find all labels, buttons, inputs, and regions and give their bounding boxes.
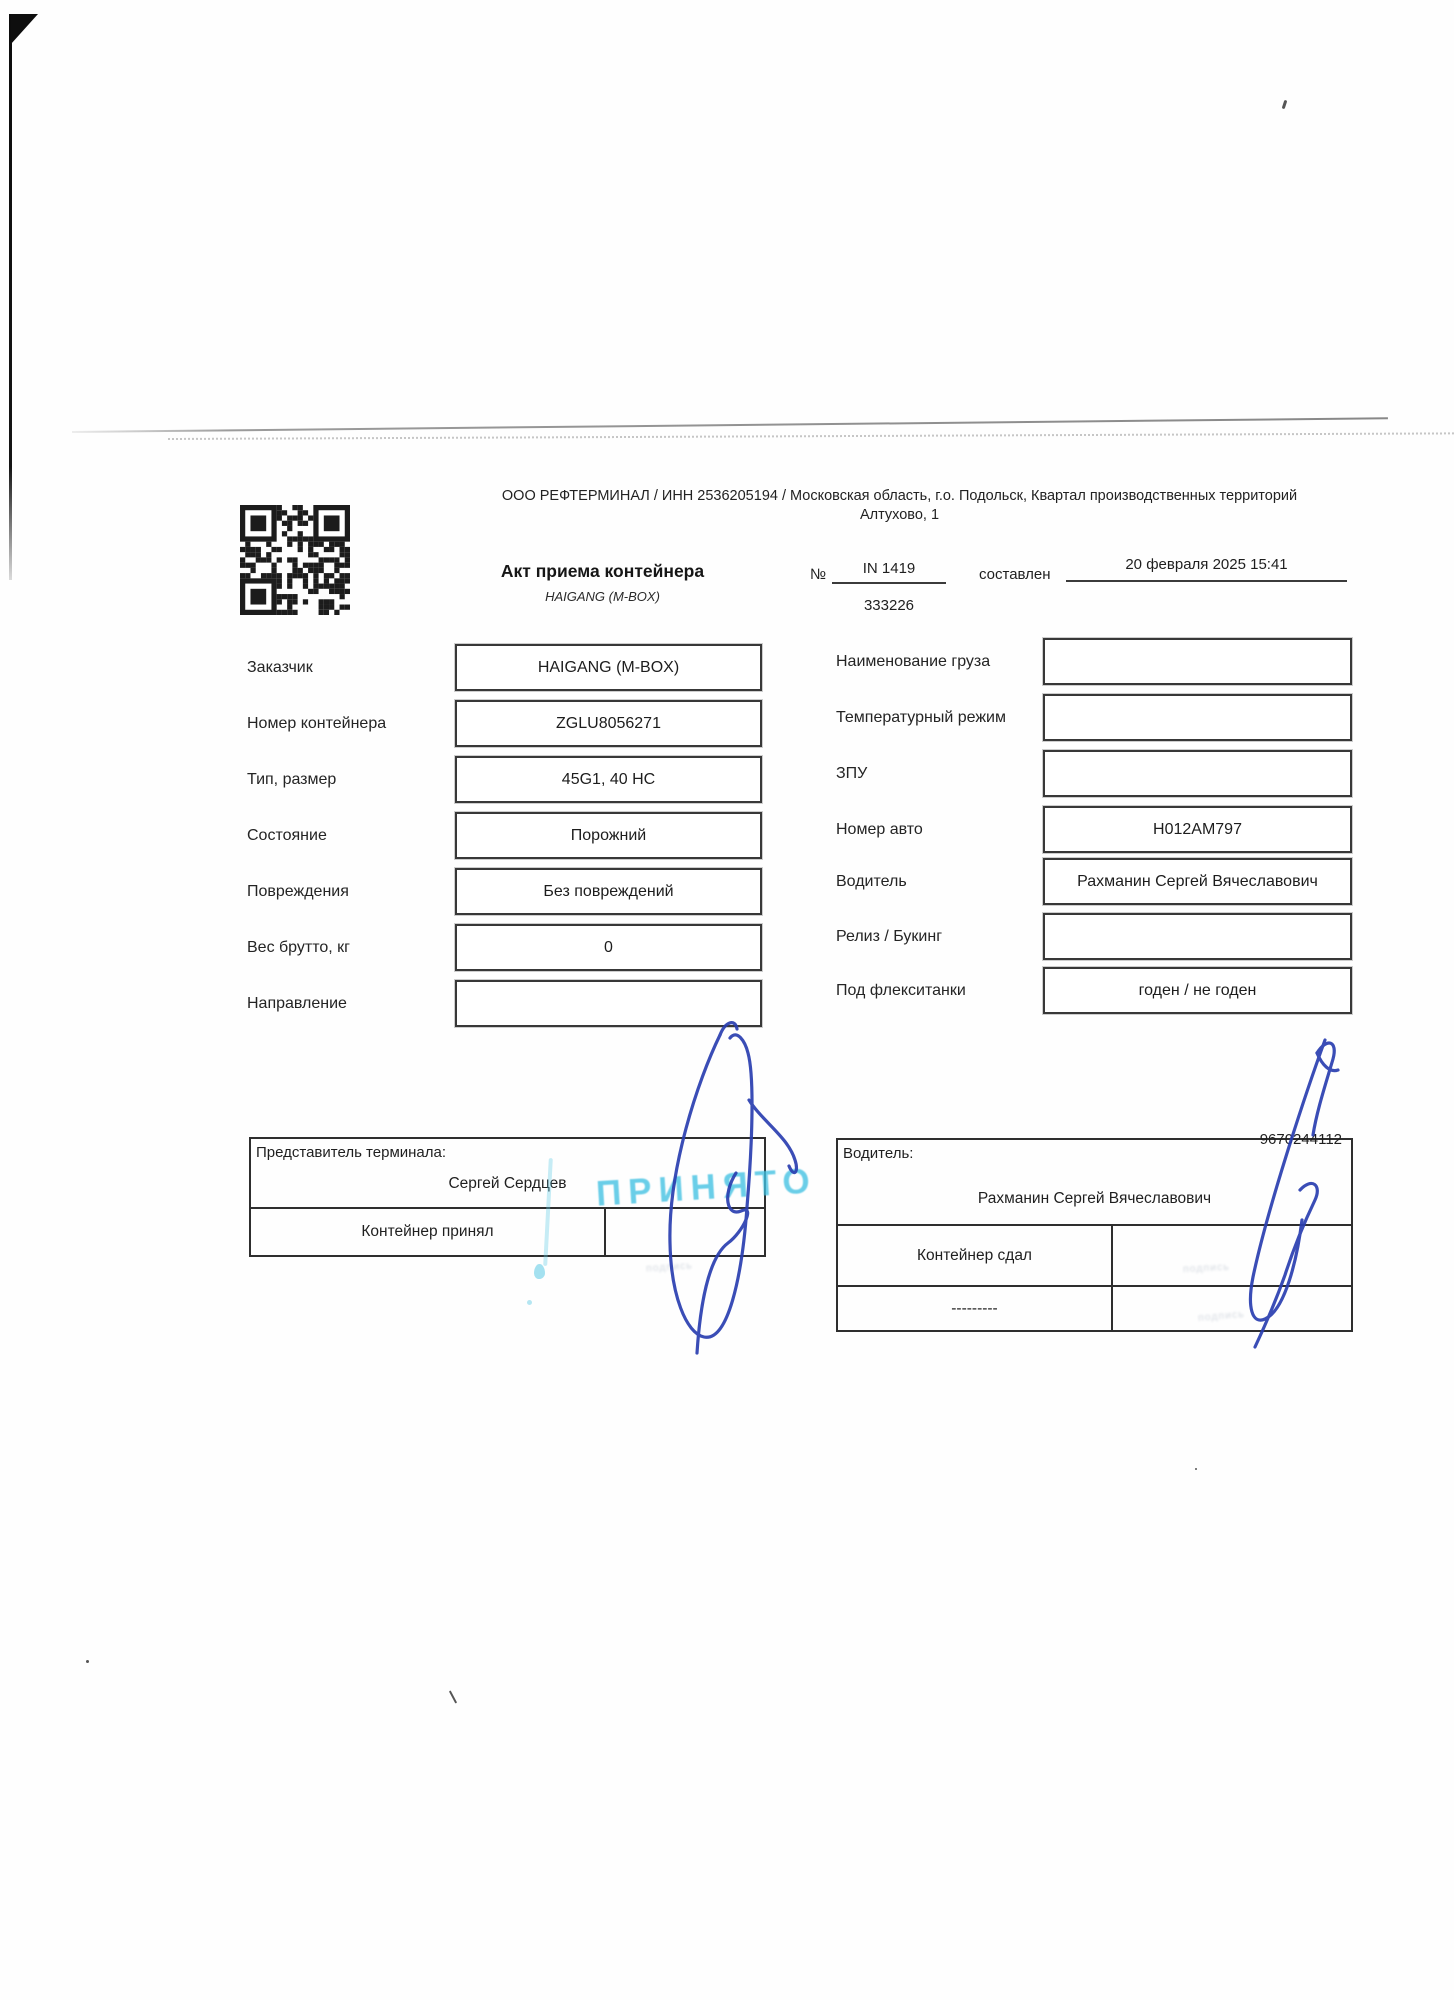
document-title: Акт приема контейнера: [455, 561, 750, 582]
driver-pen-signature: [1205, 1025, 1355, 1355]
terminal-block-header: Представитель терминала:: [256, 1144, 446, 1161]
stamp-ink-drop: [534, 1264, 545, 1279]
organization-header: ООО РЕФТЕРМИНАЛ / ИНН 2536205194 / Моско…: [452, 487, 1347, 525]
driver-block-header: Водитель:: [843, 1145, 913, 1162]
field-value-driver: Рахманин Сергей Вячеславович: [1043, 858, 1352, 905]
field-label-type-size: Тип, размер: [247, 756, 336, 803]
field-value-truck-number: Н012АМ797: [1043, 806, 1352, 853]
field-label-damages: Повреждения: [247, 868, 349, 915]
ink-speck: [1195, 1468, 1197, 1470]
field-label-customer: Заказчик: [247, 644, 313, 691]
field-label-seal: ЗПУ: [836, 750, 867, 797]
doc-number-label: №: [810, 566, 826, 583]
field-label-truck-number: Номер авто: [836, 806, 923, 853]
ink-speck: [1282, 100, 1288, 109]
field-label-release-booking: Релиз / Букинг: [836, 913, 942, 960]
document-subtitle: HAIGANG (M-BOX): [455, 589, 750, 604]
driver-action-label: Контейнер сдал: [838, 1226, 1111, 1285]
field-value-cargo-name: [1043, 638, 1352, 685]
doc-number-value: IN 1419: [832, 560, 946, 584]
table-divider: [604, 1209, 606, 1255]
table-divider: [1111, 1226, 1113, 1330]
field-label-temperature-mode: Температурный режим: [836, 694, 1006, 741]
field-value-condition: Порожний: [455, 812, 762, 859]
organization-line2: Алтухово, 1: [860, 507, 939, 523]
scan-fold-line: [72, 417, 1388, 433]
terminal-action-label: Контейнер принял: [251, 1209, 604, 1255]
field-label-direction: Направление: [247, 980, 347, 1027]
field-value-flexitank: годен / не годен: [1043, 967, 1352, 1014]
ink-speck: [449, 1690, 457, 1703]
ink-speck: [86, 1660, 89, 1663]
qr-code: [240, 503, 350, 617]
scan-perforation-line: [168, 432, 1454, 440]
driver-dashes: ---------: [838, 1287, 1111, 1330]
composed-date: 20 февраля 2025 15:41: [1066, 556, 1347, 582]
field-label-flexitank: Под флекситанки: [836, 967, 966, 1014]
stamp-ink-dot: [527, 1300, 532, 1305]
field-label-condition: Состояние: [247, 812, 327, 859]
scan-edge-artifact: [9, 14, 12, 580]
field-value-damages: Без повреждений: [455, 868, 762, 915]
field-value-type-size: 45G1, 40 HC: [455, 756, 762, 803]
scanned-document-page: { "header": { "org_line1": "ООО РЕФТЕРМИ…: [0, 0, 1454, 2000]
field-value-customer: HAIGANG (M-BOX): [455, 644, 762, 691]
field-value-temperature-mode: [1043, 694, 1352, 741]
composed-label: составлен: [979, 566, 1051, 583]
organization-line1: ООО РЕФТЕРМИНАЛ / ИНН 2536205194 / Моско…: [502, 488, 1297, 504]
terminal-pen-signature: [640, 1005, 820, 1365]
scan-corner-artifact: [11, 14, 38, 44]
field-label-container-number: Номер контейнера: [247, 700, 386, 747]
doc-number-secondary: 333226: [832, 597, 946, 614]
field-value-container-number: ZGLU8056271: [455, 700, 762, 747]
field-value-seal: [1043, 750, 1352, 797]
field-label-driver: Водитель: [836, 858, 907, 905]
field-label-gross-weight: Вес брутто, кг: [247, 924, 350, 971]
field-label-cargo-name: Наименование груза: [836, 638, 990, 685]
field-value-release-booking: [1043, 913, 1352, 960]
field-value-gross-weight: 0: [455, 924, 762, 971]
